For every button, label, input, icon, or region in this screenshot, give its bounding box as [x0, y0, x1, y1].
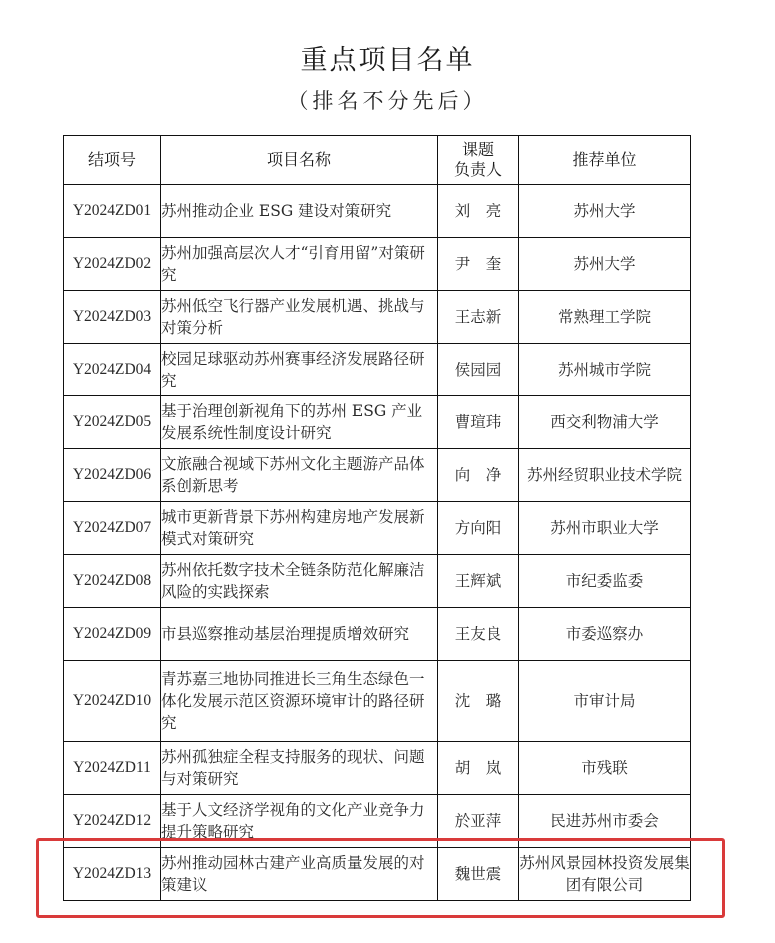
- cell-code: Y2024ZD10: [64, 661, 161, 742]
- table-row: Y2024ZD05基于治理创新视角下的苏州 ESG 产业发展系统性制度设计研究曹…: [64, 396, 691, 449]
- cell-unit: 苏州大学: [519, 185, 691, 238]
- cell-unit: 苏州城市学院: [519, 344, 691, 396]
- cell-leader: 向 净: [438, 449, 519, 502]
- cell-leader: 侯园园: [438, 344, 519, 396]
- cell-project-name: 基于人文经济学视角的文化产业竞争力提升策略研究: [161, 795, 438, 848]
- cell-code: Y2024ZD11: [64, 742, 161, 795]
- cell-code: Y2024ZD09: [64, 608, 161, 661]
- cell-project-name: 校园足球驱动苏州赛事经济发展路径研究: [161, 344, 438, 396]
- cell-unit: 民进苏州市委会: [519, 795, 691, 848]
- cell-leader: 魏世震: [438, 848, 519, 901]
- cell-code: Y2024ZD12: [64, 795, 161, 848]
- table-row: Y2024ZD08苏州依托数字技术全链条防范化解廉洁风险的实践探索王辉斌市纪委监…: [64, 555, 691, 608]
- cell-code: Y2024ZD06: [64, 449, 161, 502]
- cell-leader: 沈 璐: [438, 661, 519, 742]
- table-row: Y2024ZD04校园足球驱动苏州赛事经济发展路径研究侯园园苏州城市学院: [64, 344, 691, 396]
- table-row: Y2024ZD07城市更新背景下苏州构建房地产发展新模式对策研究方向阳苏州市职业…: [64, 502, 691, 555]
- cell-code: Y2024ZD04: [64, 344, 161, 396]
- header-code: 结项号: [64, 136, 161, 185]
- cell-project-name: 苏州推动企业 ESG 建设对策研究: [161, 185, 438, 238]
- document-title: 重点项目名单: [0, 38, 775, 77]
- cell-leader: 王志新: [438, 291, 519, 344]
- cell-project-name: 市县巡察推动基层治理提质增效研究: [161, 608, 438, 661]
- cell-unit: 市残联: [519, 742, 691, 795]
- table-row: Y2024ZD01苏州推动企业 ESG 建设对策研究刘 亮苏州大学: [64, 185, 691, 238]
- project-list-table: 结项号 项目名称 课题负责人 推荐单位 Y2024ZD01苏州推动企业 ESG …: [63, 135, 691, 901]
- cell-project-name: 苏州低空飞行器产业发展机遇、挑战与对策分析: [161, 291, 438, 344]
- cell-leader: 方向阳: [438, 502, 519, 555]
- header-unit: 推荐单位: [519, 136, 691, 185]
- cell-project-name: 青苏嘉三地协同推进长三角生态绿色一体化发展示范区资源环境审计的路径研究: [161, 661, 438, 742]
- header-leader: 课题负责人: [438, 136, 519, 185]
- cell-unit: 苏州风景园林投资发展集团有限公司: [519, 848, 691, 901]
- cell-code: Y2024ZD13: [64, 848, 161, 901]
- cell-project-name: 苏州推动园林古建产业高质量发展的对策建议: [161, 848, 438, 901]
- cell-unit: 西交利物浦大学: [519, 396, 691, 449]
- cell-project-name: 城市更新背景下苏州构建房地产发展新模式对策研究: [161, 502, 438, 555]
- table-row: Y2024ZD12基于人文经济学视角的文化产业竞争力提升策略研究於亚萍民进苏州市…: [64, 795, 691, 848]
- cell-unit: 苏州经贸职业技术学院: [519, 449, 691, 502]
- cell-leader: 曹瑄玮: [438, 396, 519, 449]
- cell-leader: 王友良: [438, 608, 519, 661]
- cell-code: Y2024ZD02: [64, 238, 161, 291]
- cell-project-name: 文旅融合视域下苏州文化主题游产品体系创新思考: [161, 449, 438, 502]
- cell-unit: 市审计局: [519, 661, 691, 742]
- table-header-row: 结项号 项目名称 课题负责人 推荐单位: [64, 136, 691, 185]
- cell-unit: 市委巡察办: [519, 608, 691, 661]
- document-subtitle: （排名不分先后）: [0, 85, 775, 115]
- table-row: Y2024ZD09市县巡察推动基层治理提质增效研究王友良市委巡察办: [64, 608, 691, 661]
- cell-code: Y2024ZD07: [64, 502, 161, 555]
- cell-project-name: 苏州依托数字技术全链条防范化解廉洁风险的实践探索: [161, 555, 438, 608]
- cell-project-name: 基于治理创新视角下的苏州 ESG 产业发展系统性制度设计研究: [161, 396, 438, 449]
- cell-code: Y2024ZD05: [64, 396, 161, 449]
- cell-unit: 苏州市职业大学: [519, 502, 691, 555]
- cell-leader: 胡 岚: [438, 742, 519, 795]
- table-row: Y2024ZD03苏州低空飞行器产业发展机遇、挑战与对策分析王志新常熟理工学院: [64, 291, 691, 344]
- cell-leader: 刘 亮: [438, 185, 519, 238]
- cell-code: Y2024ZD01: [64, 185, 161, 238]
- cell-project-name: 苏州孤独症全程支持服务的现状、问题与对策研究: [161, 742, 438, 795]
- table-row: Y2024ZD11苏州孤独症全程支持服务的现状、问题与对策研究胡 岚市残联: [64, 742, 691, 795]
- cell-code: Y2024ZD08: [64, 555, 161, 608]
- cell-unit: 常熟理工学院: [519, 291, 691, 344]
- cell-project-name: 苏州加强高层次人才“引育用留”对策研究: [161, 238, 438, 291]
- table-row: Y2024ZD02苏州加强高层次人才“引育用留”对策研究尹 奎苏州大学: [64, 238, 691, 291]
- cell-leader: 於亚萍: [438, 795, 519, 848]
- cell-unit: 苏州大学: [519, 238, 691, 291]
- header-name: 项目名称: [161, 136, 438, 185]
- cell-leader: 王辉斌: [438, 555, 519, 608]
- cell-leader: 尹 奎: [438, 238, 519, 291]
- table-row: Y2024ZD10青苏嘉三地协同推进长三角生态绿色一体化发展示范区资源环境审计的…: [64, 661, 691, 742]
- table-row: Y2024ZD13苏州推动园林古建产业高质量发展的对策建议魏世震苏州风景园林投资…: [64, 848, 691, 901]
- table-row: Y2024ZD06文旅融合视域下苏州文化主题游产品体系创新思考向 净苏州经贸职业…: [64, 449, 691, 502]
- cell-unit: 市纪委监委: [519, 555, 691, 608]
- cell-code: Y2024ZD03: [64, 291, 161, 344]
